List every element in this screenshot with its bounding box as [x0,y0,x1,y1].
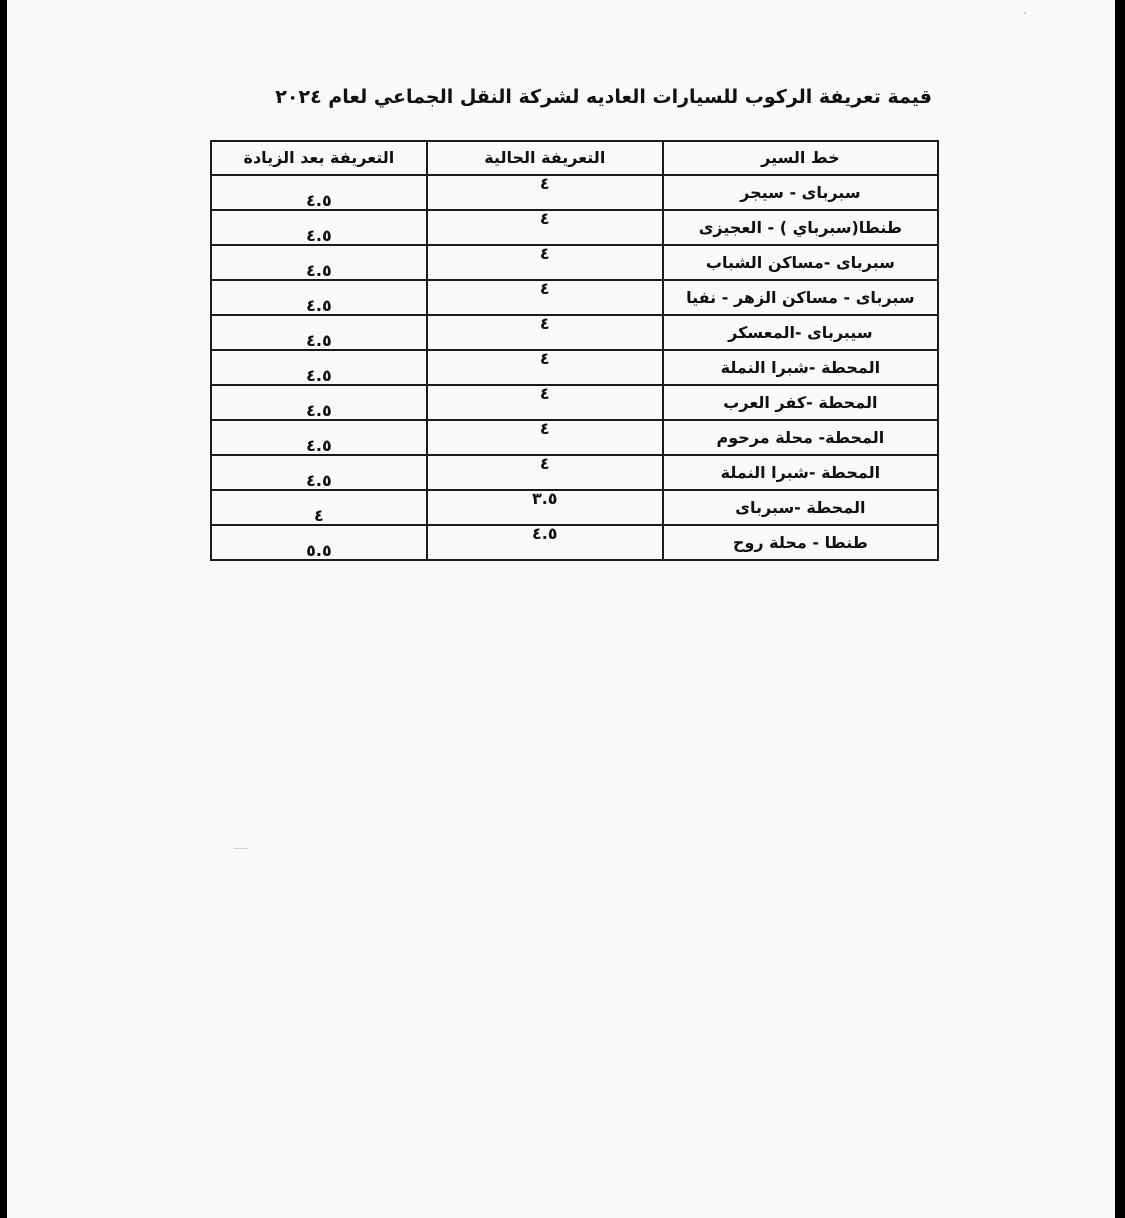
scanned-page: قيمة تعريفة الركوب للسيارات العاديه لشرك… [7,0,1115,1218]
new-fare-cell: ٤ [211,490,427,525]
current-fare-cell: ٤ [427,245,663,280]
new-fare-cell: ٤.٥ [211,455,427,490]
route-cell: المحطة -شبرا النملة [663,455,938,490]
route-cell: المحطة -كفر العرب [663,385,938,420]
route-cell: سبرباى - مساكن الزهر - نفيا [663,280,938,315]
route-cell: طنطا - محلة روح [663,525,938,560]
route-cell: المحطة- محلة مرحوم [663,420,938,455]
header-route: خط السير [663,141,938,175]
new-fare-cell: ٤.٥ [211,210,427,245]
current-fare-cell: ٤ [427,280,663,315]
new-fare-cell: ٤.٥ [211,385,427,420]
new-fare-cell: ٤.٥ [211,280,427,315]
table-row: المحطة- محلة مرحوم ٤ ٤.٥ [211,420,938,455]
current-fare-cell: ٤ [427,350,663,385]
route-cell: المحطة -سبرباى [663,490,938,525]
header-current-fare: التعريفة الحالية [427,141,663,175]
table-row: طنطا - محلة روح ٤.٥ ٥.٥ [211,525,938,560]
route-cell: سبرباى -مساكن الشباب [663,245,938,280]
current-fare-cell: ٤ [427,455,663,490]
table-header-row: خط السير التعريفة الحالية التعريفة بعد ا… [211,141,938,175]
table-row: سيبرباى -المعسكر ٤ ٤.٥ [211,315,938,350]
table-row: المحطة -شبرا النملة ٤ ٤.٥ [211,350,938,385]
new-fare-cell: ٤.٥ [211,420,427,455]
current-fare-cell: ٤ [427,175,663,210]
route-cell: المحطة -شبرا النملة [663,350,938,385]
table-row: المحطة -شبرا النملة ٤ ٤.٥ [211,455,938,490]
current-fare-cell: ٤ [427,420,663,455]
new-fare-cell: ٤.٥ [211,315,427,350]
header-new-fare: التعريفة بعد الزيادة [211,141,427,175]
scan-speck [1024,12,1026,14]
route-cell: سيبرباى -المعسكر [663,315,938,350]
table-row: طنطا(سبرباي ) - العجيزى ٤ ٤.٥ [211,210,938,245]
table-row: سبرباى -مساكن الشباب ٤ ٤.٥ [211,245,938,280]
new-fare-cell: ٤.٥ [211,350,427,385]
route-cell: سبرباى - سيجر [663,175,938,210]
document-title: قيمة تعريفة الركوب للسيارات العاديه لشرك… [275,86,932,108]
scan-speck [234,848,248,849]
new-fare-cell: ٤.٥ [211,175,427,210]
current-fare-cell: ٣.٥ [427,490,663,525]
fare-table: خط السير التعريفة الحالية التعريفة بعد ا… [210,140,939,561]
new-fare-cell: ٥.٥ [211,525,427,560]
current-fare-cell: ٤.٥ [427,525,663,560]
new-fare-cell: ٤.٥ [211,245,427,280]
route-cell: طنطا(سبرباي ) - العجيزى [663,210,938,245]
table-row: المحطة -كفر العرب ٤ ٤.٥ [211,385,938,420]
table-row: سبرباى - مساكن الزهر - نفيا ٤ ٤.٥ [211,280,938,315]
current-fare-cell: ٤ [427,210,663,245]
table-row: المحطة -سبرباى ٣.٥ ٤ [211,490,938,525]
table-row: سبرباى - سيجر ٤ ٤.٥ [211,175,938,210]
current-fare-cell: ٤ [427,385,663,420]
current-fare-cell: ٤ [427,315,663,350]
